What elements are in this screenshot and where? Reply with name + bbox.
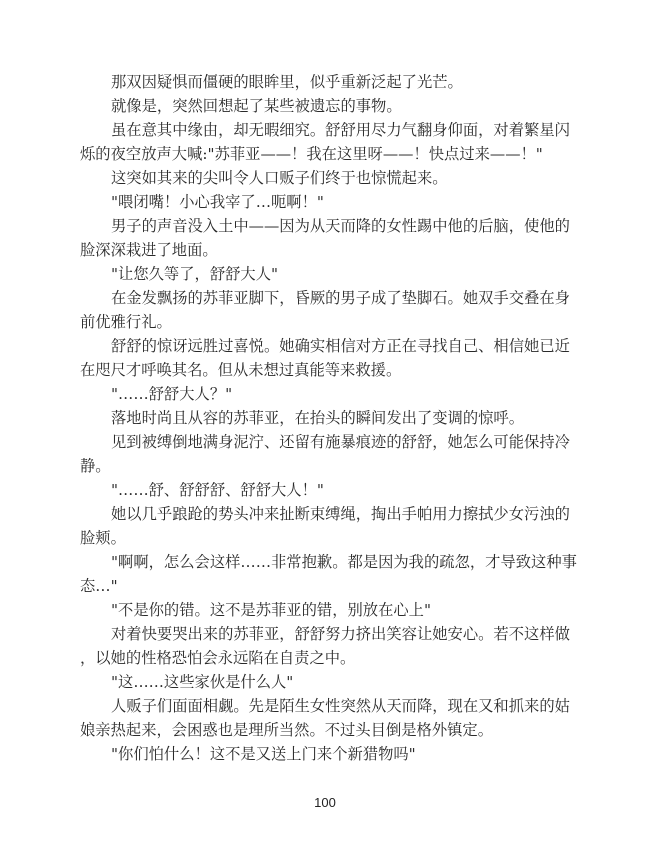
text-line: 这突如其来的尖叫令人口贩子们终于也惊慌起来。 [80, 166, 560, 190]
text-line: "啊啊，怎么会这样……非常抱歉。都是因为我的疏忽，才导致这种事 [80, 550, 560, 574]
text-line: 男子的声音没入土中——因为从天而降的女性踢中他的后脑，使他的 [80, 214, 560, 238]
text-line: 静。 [80, 454, 560, 478]
text-line: 舒舒的惊讶远胜过喜悦。她确实相信对方正在寻找自己、相信她已近 [80, 334, 560, 358]
text-line: "喂闭嘴！小心我宰了…呃啊！" [80, 190, 560, 214]
page-number: 100 [0, 795, 650, 810]
text-line: "……舒、舒舒舒、舒舒大人！" [80, 478, 560, 502]
text-line: 态…" [80, 574, 560, 598]
text-line: "你们怕什么！这不是又送上门来个新猎物吗" [80, 742, 560, 766]
text-line: 见到被缚倒地满身泥泞、还留有施暴痕迹的舒舒，她怎么可能保持冷 [80, 430, 560, 454]
text-line: 烁的夜空放声大喊:"苏菲亚——！我在这里呀——！快点过来——！" [80, 142, 560, 166]
text-line: 在咫尺才呼唤其名。但从未想过真能等来救援。 [80, 358, 560, 382]
text-line: 虽在意其中缘由，却无暇细究。舒舒用尽力气翻身仰面，对着繁星闪 [80, 118, 560, 142]
text-line: 对着快要哭出来的苏菲亚，舒舒努力挤出笑容让她安心。若不这样做 [80, 622, 560, 646]
text-line: 就像是，突然回想起了某些被遗忘的事物。 [80, 94, 560, 118]
text-line: 落地时尚且从容的苏菲亚，在抬头的瞬间发出了变调的惊呼。 [80, 406, 560, 430]
text-line: 前优雅行礼。 [80, 310, 560, 334]
text-line: "不是你的错。这不是苏菲亚的错，别放在心上" [80, 598, 560, 622]
text-line: 脸深深栽进了地面。 [80, 238, 560, 262]
text-line: 娘亲热起来，会困惑也是理所当然。不过头目倒是格外镇定。 [80, 718, 560, 742]
text-line: 她以几乎踉跄的势头冲来扯断束缚绳，掏出手帕用力擦拭少女污浊的 [80, 502, 560, 526]
text-line: 在金发飘扬的苏菲亚脚下，昏厥的男子成了垫脚石。她双手交叠在身 [80, 286, 560, 310]
text-line: "让您久等了，舒舒大人" [80, 262, 560, 286]
text-line: 那双因疑惧而僵硬的眼眸里，似乎重新泛起了光芒。 [80, 70, 560, 94]
text-line: "这……这些家伙是什么人" [80, 670, 560, 694]
text-line: 人贩子们面面相觑。先是陌生女性突然从天而降，现在又和抓来的姑 [80, 694, 560, 718]
text-line: 脸颊。 [80, 526, 560, 550]
text-line: "……舒舒大人？" [80, 382, 560, 406]
text-line: ，以她的性格恐怕会永远陷在自责之中。 [80, 646, 560, 670]
page-body: 那双因疑惧而僵硬的眼眸里，似乎重新泛起了光芒。 就像是，突然回想起了某些被遗忘的… [80, 70, 560, 766]
